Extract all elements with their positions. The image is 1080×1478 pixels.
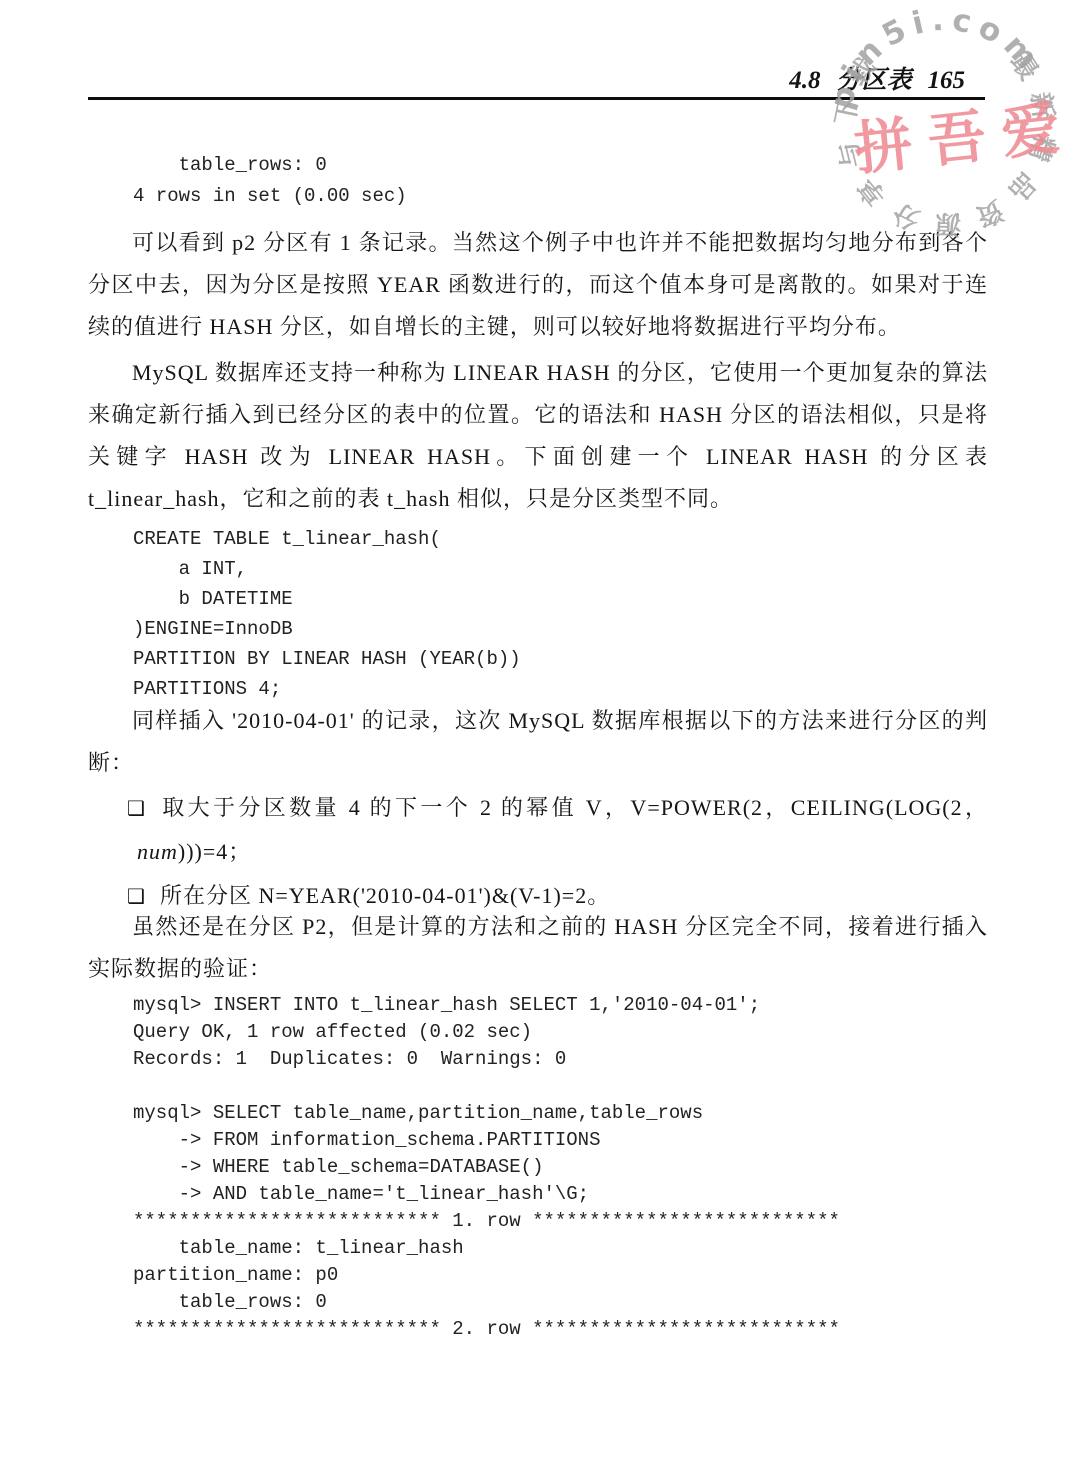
paragraph-linear-hash-intro: MySQL 数据库还支持一种称为 LINEAR HASH 的分区，它使用一个更加… [88, 352, 988, 520]
bullet-list: ❑取大于分区数量 4 的下一个 2 的幂值 V，V=POWER(2，CEILIN… [127, 786, 988, 918]
code-verify-session: mysql> INSERT INTO t_linear_hash SELECT … [133, 992, 840, 1343]
paragraph-verify-intro: 虽然还是在分区 P2，但是计算的方法和之前的 HASH 分区完全不同，接着进行插… [88, 906, 988, 990]
paragraph-insert-method: 同样插入 '2010-04-01' 的记录，这次 MySQL 数据库根据以下的方… [88, 700, 988, 784]
code-create-table: CREATE TABLE t_linear_hash( a INT, b DAT… [133, 524, 521, 704]
book-page: pin5i.com 最新精品资源分享与下载 拼吾爱 4.8分区表165 tabl… [0, 0, 1080, 1478]
bullet-1-text: 取大于分区数量 4 的下一个 2 的幂值 V，V=POWER(2，CEILING… [160, 795, 988, 820]
page-number: 165 [928, 67, 966, 94]
paragraph-hash-distribution: 可以看到 p2 分区有 1 条记录。当然这个例子中也许并不能把数据均匀地分布到各… [88, 222, 988, 348]
header-rule [88, 97, 985, 100]
section-number: 4.8 [789, 67, 820, 94]
watermark-brand-text: 拼吾爱 [851, 94, 1079, 182]
bullet-square-icon: ❑ [127, 796, 146, 820]
bullet-1-text-rest: )))=4； [178, 839, 251, 864]
code-top-result: table_rows: 0 4 rows in set (0.00 sec) [133, 150, 407, 212]
bullet-2-text: 所在分区 N=YEAR('2010-04-01')&(V-1)=2。 [160, 883, 610, 908]
running-head: 4.8分区表165 [0, 60, 965, 96]
list-item-power-formula: ❑取大于分区数量 4 的下一个 2 的幂值 V，V=POWER(2，CEILIN… [127, 786, 988, 874]
bullet-1-italic-var: num [137, 839, 178, 864]
bullet-square-icon: ❑ [127, 884, 146, 908]
section-title: 分区表 [836, 67, 911, 94]
